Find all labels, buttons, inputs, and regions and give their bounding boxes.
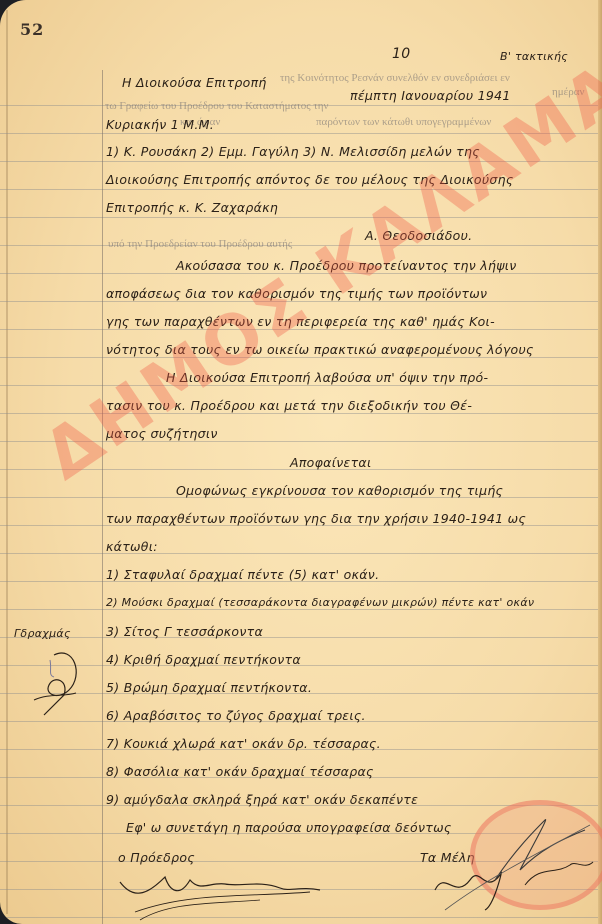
- para2-line-3: ματος συζήτησιν: [106, 426, 218, 441]
- meeting-day-time: Κυριακήν 1 Μ.Μ.: [106, 117, 214, 132]
- price-item: 3) Σίτος Γ τεσσάρκοντα: [106, 624, 263, 639]
- printed-line-6: υπό την Προεδρείαν του Προέδρου αυτής: [108, 238, 292, 250]
- price-item: 6) Αραβόσιτος το ζύγος δραχμαί τρεις.: [106, 708, 366, 723]
- printed-line-1: της Κοινότητος Ρεσνάν συνελθόν εν συνεδρ…: [280, 72, 510, 84]
- price-item: 5) Βρώμη δραχμαί πεντήκοντα.: [106, 680, 312, 695]
- decision-line-1: Ομοφώνως εγκρίνουσα τον καθορισμόν της τ…: [176, 483, 503, 498]
- decision-line-3: κάτωθι:: [106, 539, 158, 554]
- page-number: 52: [20, 20, 44, 39]
- price-item: 4) Κριθή δραχμαί πεντήκοντα: [106, 652, 301, 667]
- meeting-date: πέμπτη Ιανουαρίου 1941: [350, 88, 511, 103]
- price-item: 1) Σταφυλαί δραχμαί πέντε (5) κατ' οκάν.: [106, 567, 379, 582]
- para1-line-2: αποφάσεως δια τον καθορισμόν της τιμής τ…: [106, 286, 487, 301]
- ledger-page: 52 10 Β' τακτικής της Κοινότητος Ρεσνάν …: [0, 0, 602, 924]
- price-item: 2) Μούσκι δραχμαί (τεσσαράκοντα διαγραφέ…: [106, 596, 534, 609]
- margin-line: [102, 70, 103, 924]
- members-signatures-icon: [425, 810, 600, 920]
- members-line-3: Επιτροπής κ. Κ. Ζαχαράκη: [106, 200, 278, 215]
- president-signature-icon: [110, 862, 330, 922]
- minutes-number: 10: [392, 46, 410, 62]
- printed-line-1-end: ημέραν: [552, 86, 585, 98]
- price-item: 8) Φασόλια κατ' οκάν δραχμαί τέσσαρας: [106, 764, 374, 779]
- para1-line-4: νότητος δια τους εν τω οικείω πρακτικώ α…: [106, 342, 534, 357]
- para2-line-2: τασιν του κ. Προέδρου και μετά την διεξο…: [106, 398, 472, 413]
- decision-line-2: των παραχθέντων προϊόντων γης δια την χρ…: [106, 511, 526, 526]
- decision-heading: Αποφαίνεται: [290, 455, 371, 470]
- price-item: 7) Κουκιά χλωρά κατ' οκάν δρ. τέσσαρας.: [106, 736, 381, 751]
- para1-line-1: Ακούσασα του κ. Προέδρου προτείναντος τη…: [176, 258, 517, 273]
- session-type: Β' τακτικής: [500, 50, 568, 63]
- printed-line-3b: παρόντων των κάτωθι υπογεγραμμένων: [316, 116, 491, 128]
- page-edge: [598, 0, 602, 924]
- members-line-2: Διοικούσης Επιτροπής απόντος δε του μέλο…: [106, 172, 513, 187]
- printed-line-2: τω Γραφείω του Προέδρου του Καταστήματος…: [105, 100, 329, 112]
- para1-line-3: γης των παραχθέντων εν τη περιφερεία της…: [106, 314, 495, 329]
- intro: Η Διοικούσα Επιτροπή: [122, 75, 267, 90]
- margin-initials-icon: [14, 645, 94, 725]
- para2-line-1: Η Διοικούσα Επιτροπή λαβούσα υπ' όψιν τη…: [166, 370, 488, 385]
- members-line-1: 1) Κ. Ρουσάκη 2) Εμμ. Γαγύλη 3) Ν. Μελισ…: [106, 144, 480, 159]
- price-item: 9) αμύγδαλα σκληρά ξηρά κατ' οκάν δεκαπέ…: [106, 792, 418, 807]
- president-name: Α. Θεοδοσιάδου.: [365, 228, 472, 243]
- margin-note: Γδραχμάς: [14, 627, 71, 640]
- closing-line: Εφ' ω συνετάγη η παρούσα υπογραφείσα δεό…: [126, 820, 451, 835]
